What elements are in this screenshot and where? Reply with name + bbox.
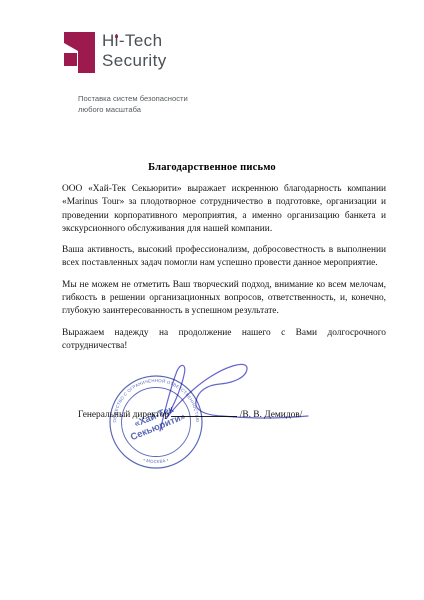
svg-text:• МОСКВА •: • МОСКВА • [143,457,170,464]
logo-line1: Hi-Tech [102,31,167,51]
signatory-name: /В. В. Демидов/ [240,410,303,420]
letter-page: Hi-Tech Security Поставка систем безопас… [0,0,424,600]
letter-title: Благодарственное письмо [0,162,424,173]
tagline-line1: Поставка систем безопасности [78,94,188,105]
stamp-rim-text-bottom: • МОСКВА • [143,457,170,464]
logo-i-dot-accent [115,35,118,38]
paragraph-1: ООО «Хай-Тек Секьюрити» выражает искренн… [62,183,386,236]
logo-line2: Security [102,51,167,71]
paragraph-2: Ваша активность, высокий профессионализм… [62,244,386,271]
tagline-line2: любого масштаба [78,105,188,116]
letter-body: ООО «Хай-Тек Секьюрити» выражает искренн… [62,183,386,361]
hitech-logo-icon [64,32,95,73]
company-tagline: Поставка систем безопасности любого масш… [78,94,188,115]
company-stamp-icon: ОБЩЕСТВО С ОГРАНИЧЕННОЙ ОТВЕТСТВЕННОСТЬЮ… [106,372,206,472]
paragraph-4: Выражаем надежду на продолжение нашего с… [62,327,386,354]
paragraph-3: Мы не можем не отметить Ваш творческий п… [62,279,386,319]
logo-wordmark: Hi-Tech Security [102,31,167,71]
